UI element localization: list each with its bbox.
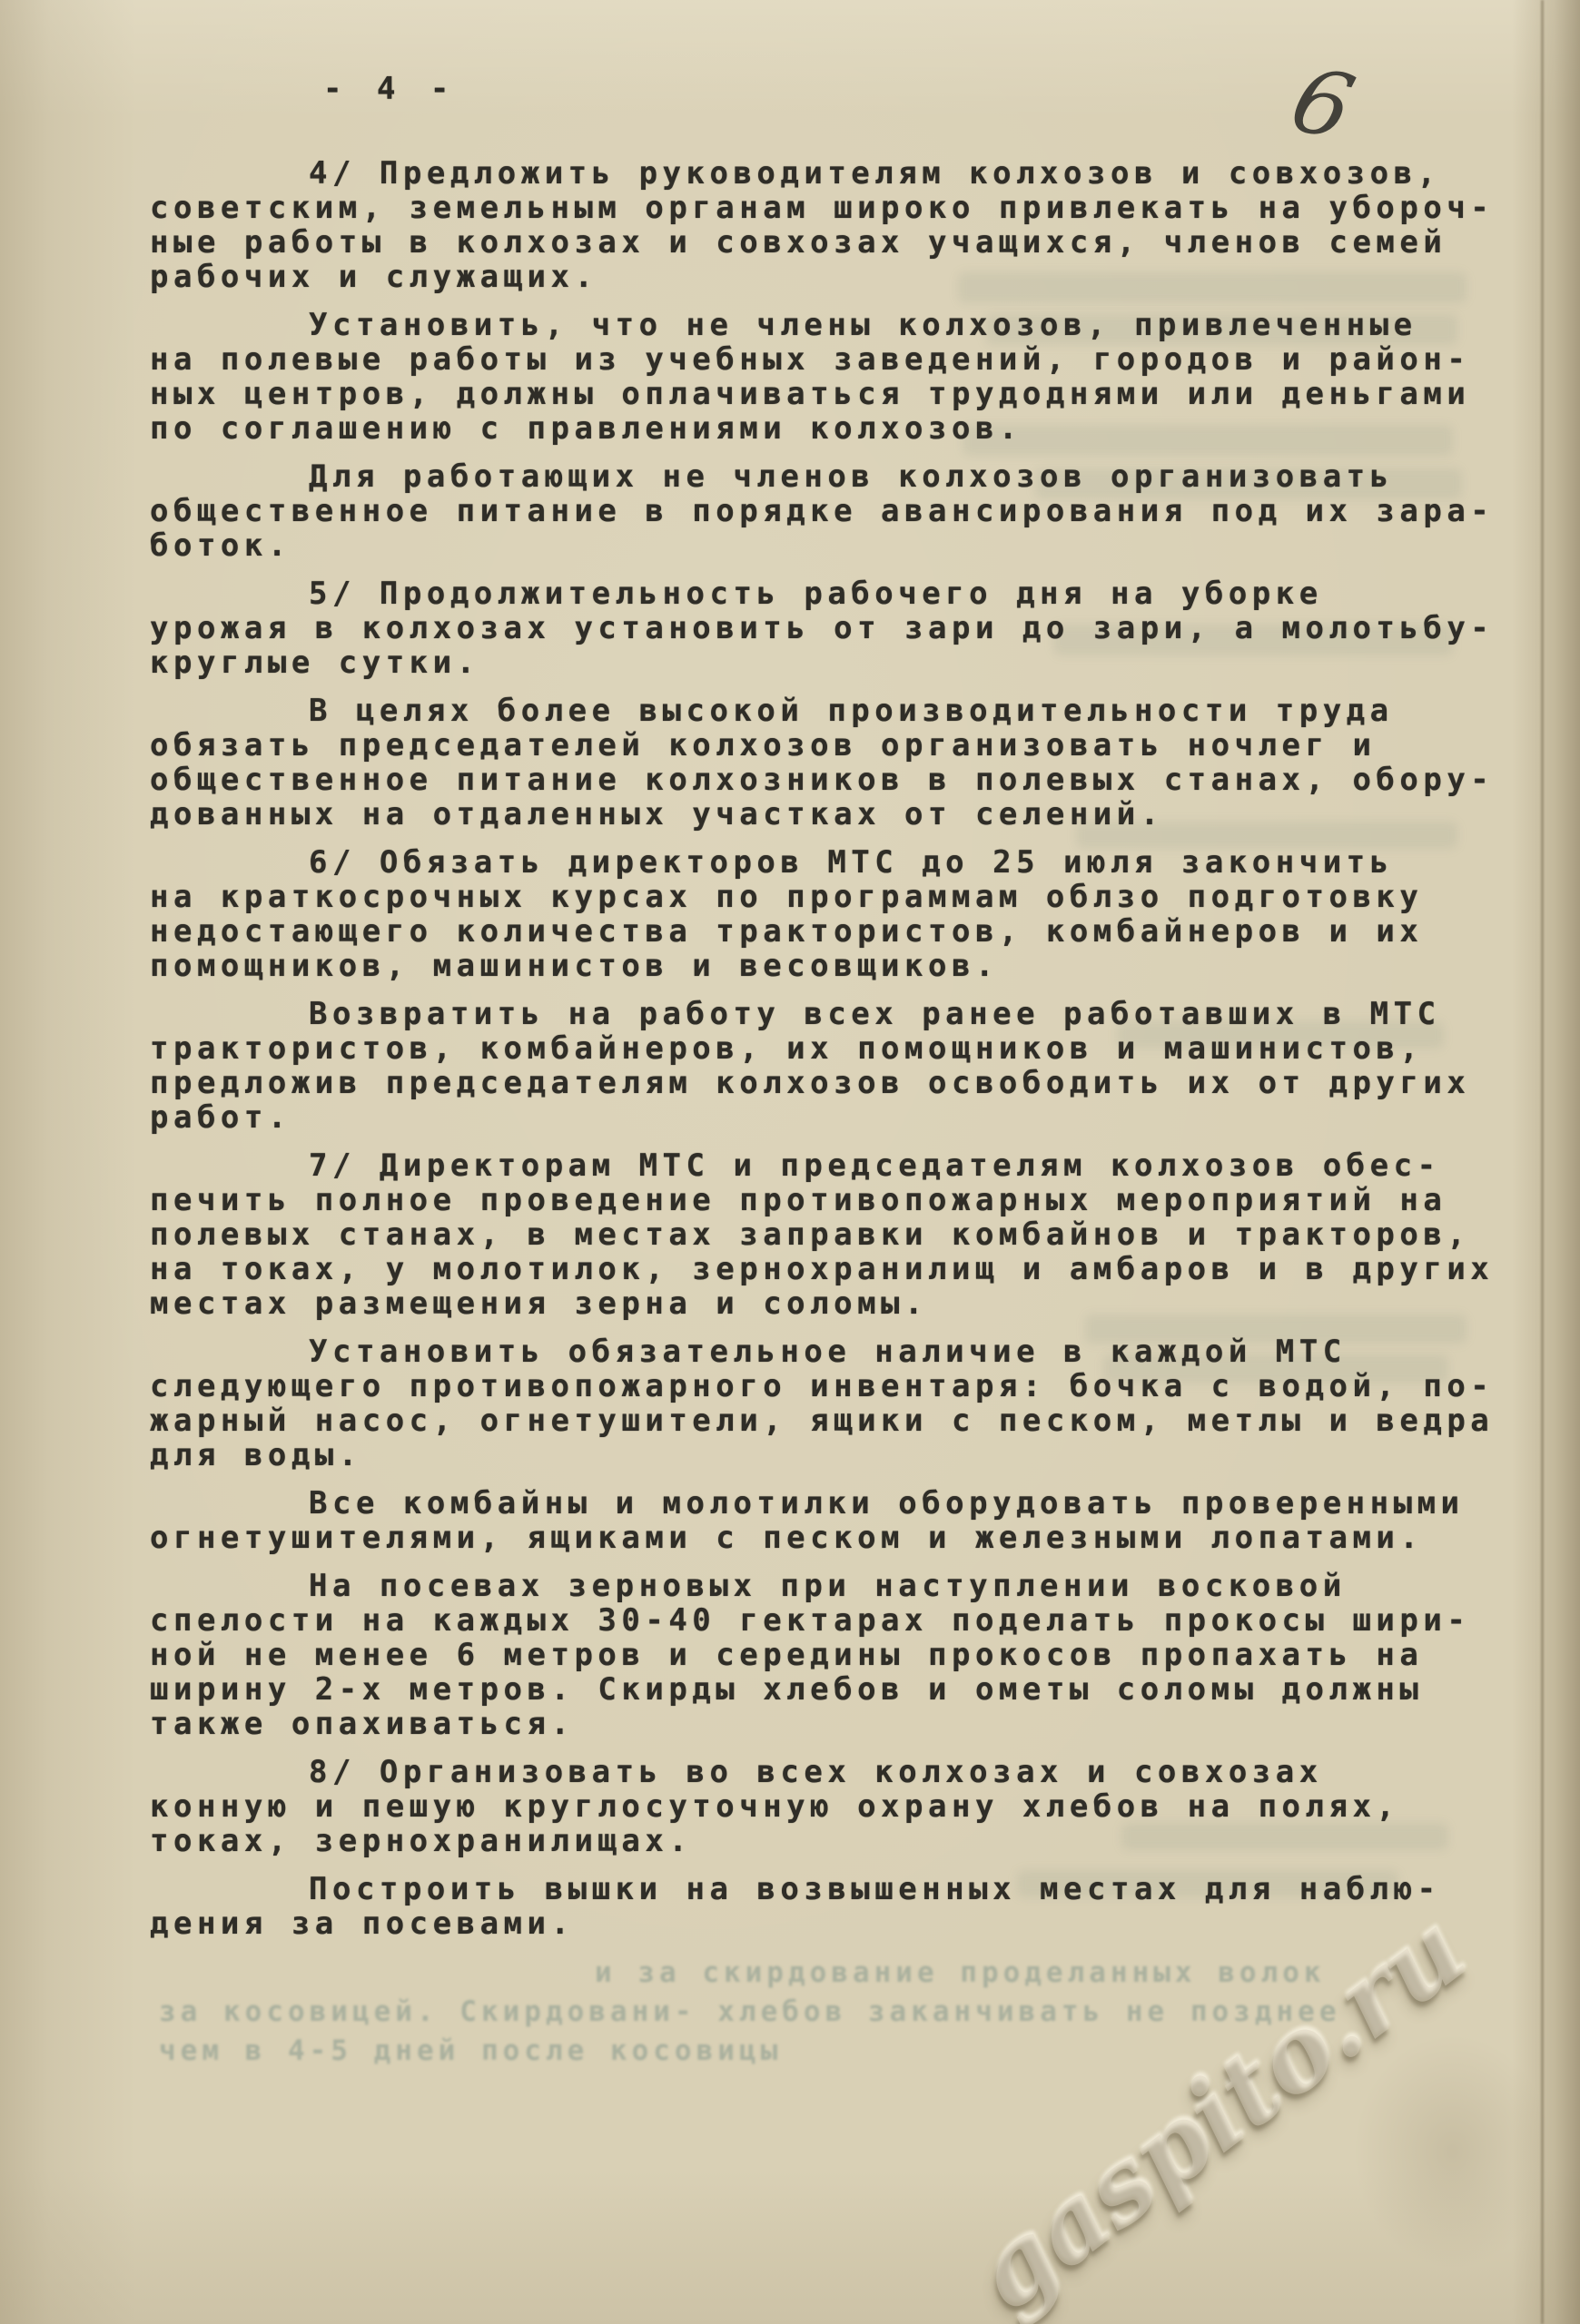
page-number: - 4 - [323, 71, 457, 107]
handwritten-page-number: 6 [1280, 49, 1364, 161]
paragraph: В целях более высокой производительности… [150, 694, 1521, 832]
paragraph: 4/ Предложить руководителям колхозов и с… [150, 156, 1521, 294]
page-edge [1541, 0, 1544, 2324]
bleed-through-text: и за скирдование проделанных волок [595, 1956, 1326, 1989]
paragraph: Построить вышки на возвышенных местах дл… [150, 1872, 1521, 1941]
scanned-document-page: и за скирдование проделанных волокза кос… [0, 0, 1580, 2324]
bleed-through-text: чем в 4-5 дней после косовицы [159, 2034, 782, 2067]
paragraph: 7/ Директорам МТС и председателям колхоз… [150, 1148, 1521, 1321]
bleed-through-text: за косовицей. Скирдовани- хлебов заканчи… [159, 1995, 1341, 2028]
paragraph: 5/ Продолжительность рабочего дня на убо… [150, 576, 1521, 680]
paragraph: Все комбайны и молотилки оборудовать про… [150, 1486, 1521, 1555]
paragraph: 8/ Организовать во всех колхозах и совхо… [150, 1755, 1521, 1858]
corner-shade [1353, 2033, 1553, 2270]
paragraph: Возвратить на работу всех ранее работавш… [150, 997, 1521, 1135]
paragraph: Установить, что не члены колхозов, привл… [150, 308, 1521, 446]
paragraph: 6/ Обязать директоров МТС до 25 июля зак… [150, 845, 1521, 983]
paragraph: Установить обязательное наличие в каждой… [150, 1334, 1521, 1472]
paragraph: На посевах зерновых при наступлении воск… [150, 1569, 1521, 1741]
document-body: 4/ Предложить руководителям колхозов и с… [150, 156, 1521, 1955]
paragraph: Для работающих не членов колхозов органи… [150, 459, 1521, 563]
